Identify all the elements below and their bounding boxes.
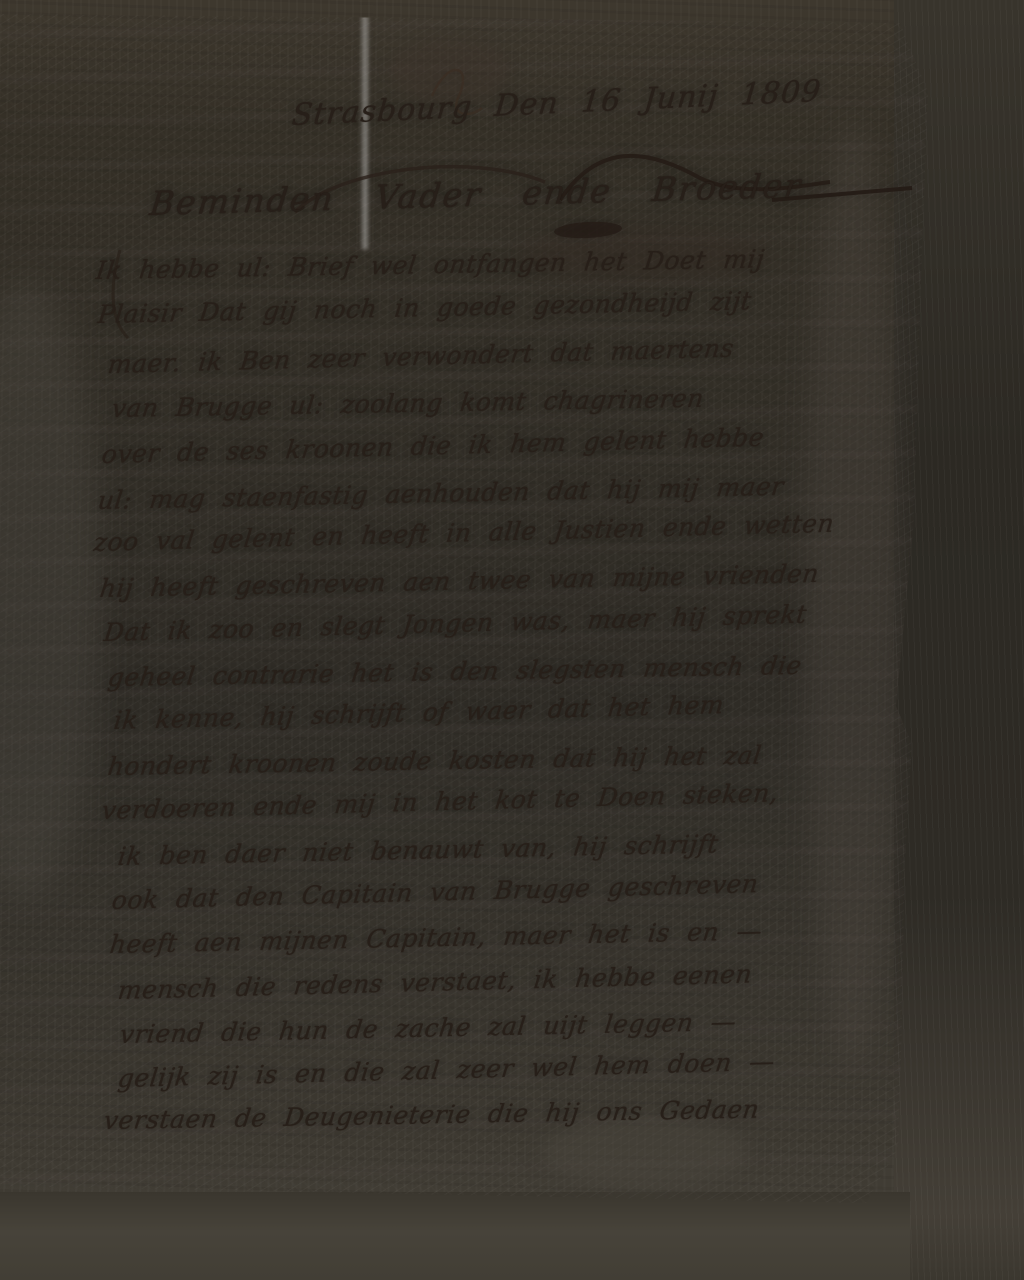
letter-photograph: Strasbourg Den 16 Junij 1809 Beminden Va… [0,0,1024,1280]
backdrop-bottom-band [0,1192,910,1280]
letter-paper: Strasbourg Den 16 Junij 1809 Beminden Va… [0,0,1024,1280]
